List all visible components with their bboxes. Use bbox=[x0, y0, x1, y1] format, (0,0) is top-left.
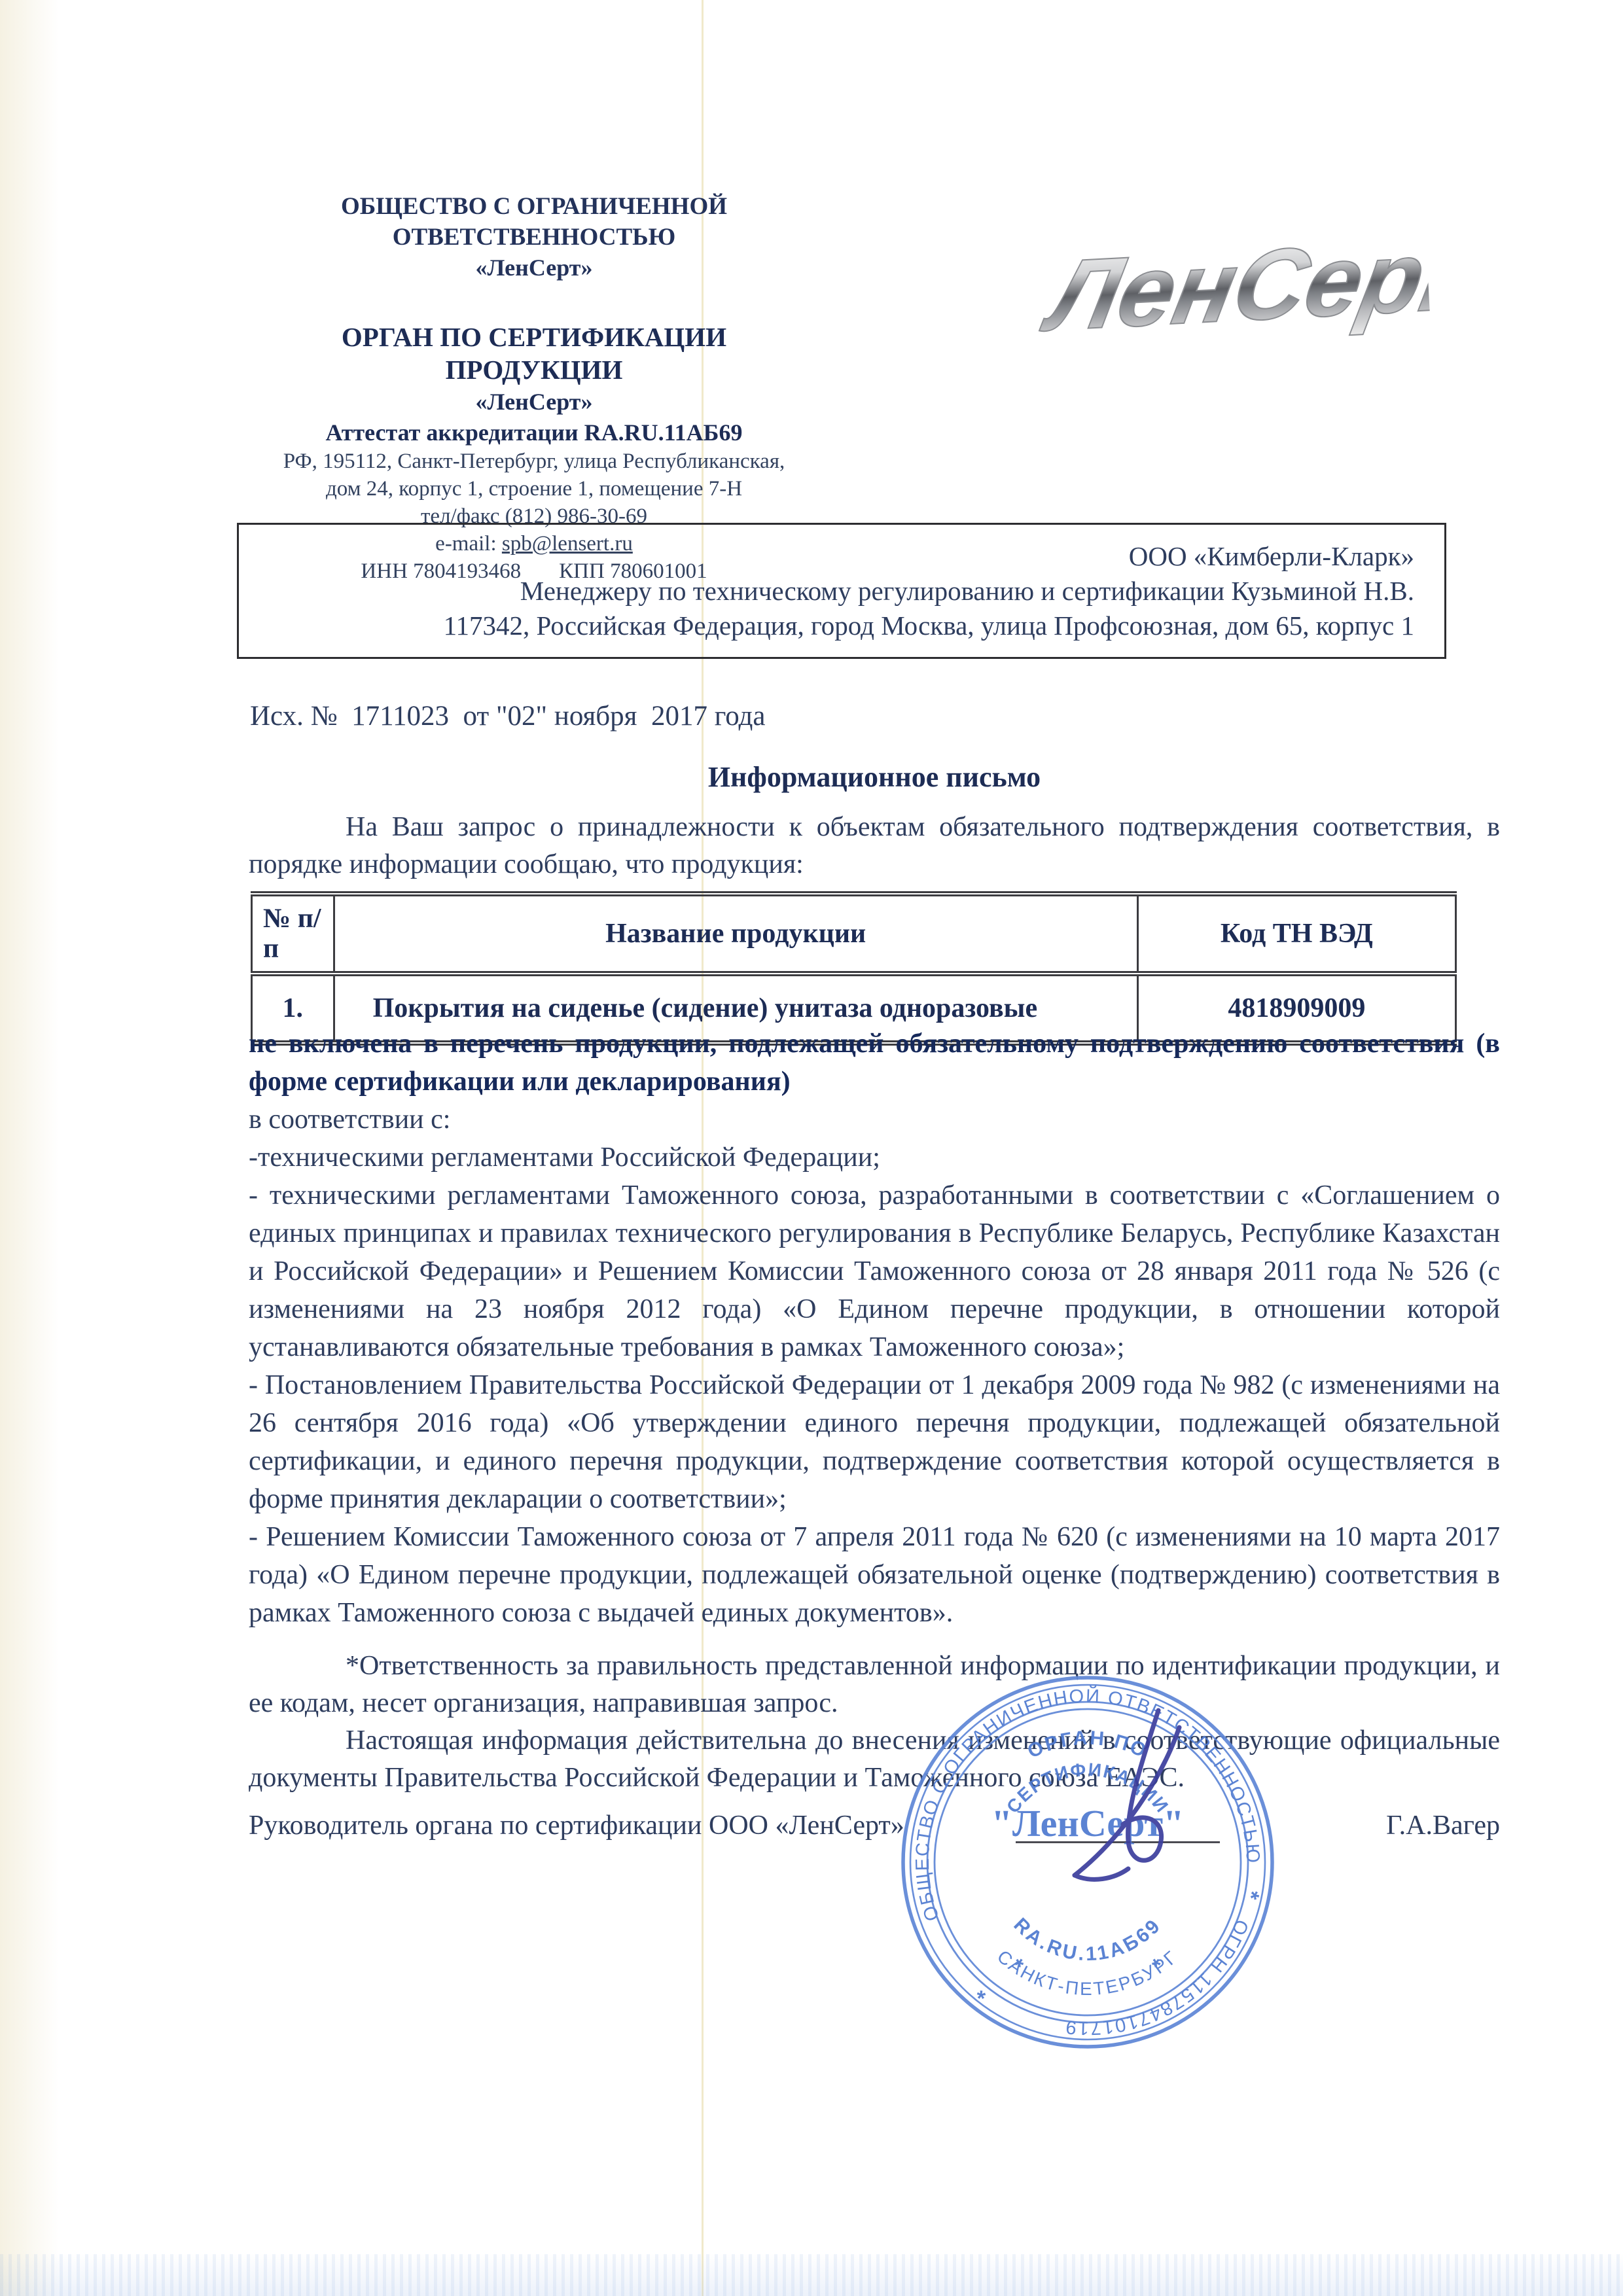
recipient-address-box: ООО «Кимберли-Кларк» Менеджеру по технич… bbox=[237, 523, 1446, 659]
stamp-graphic: ОБЩЕСТВО С ОГРАНИЧЕННОЙ ОТВЕТСТВЕННОСТЬЮ… bbox=[898, 1672, 1277, 2052]
lensert-logo: ЛенСерт bbox=[1030, 168, 1433, 398]
recipient-address: 117342, Российская Федерация, город Моск… bbox=[239, 609, 1414, 643]
responsibility-note: *Ответственность за правильность предста… bbox=[249, 1648, 1500, 1722]
validity-note: Настоящая информация действительна до вн… bbox=[249, 1722, 1500, 1797]
list-item-commission-decision: - Решением Комиссии Таможенного союза от… bbox=[249, 1518, 1500, 1632]
product-table: № п/п Название продукции Код ТН ВЭД 1. П… bbox=[251, 891, 1457, 1046]
table-header-row: № п/п Название продукции Код ТН ВЭД bbox=[252, 894, 1456, 974]
stamp-ring-star-1: * bbox=[1238, 1888, 1264, 1902]
intro-paragraph: На Ваш запрос о принадлежности к объекта… bbox=[249, 809, 1500, 883]
logo-text: ЛенСерт bbox=[1035, 215, 1433, 353]
org-name-line3: «ЛенСерт» bbox=[254, 253, 814, 283]
org-address-line1: РФ, 195112, Санкт-Петербург, улица Респу… bbox=[254, 448, 814, 475]
stamp-accreditation-code-arc: RA.RU.11АБ69 bbox=[1009, 1914, 1166, 1965]
org-cert-body-name: «ЛенСерт» bbox=[254, 386, 814, 417]
letter-title: Информационное письмо bbox=[249, 760, 1500, 794]
signatory-role: Руководитель органа по сертификации ООО … bbox=[249, 1810, 904, 1841]
svg-text:ОРГАН ПО: ОРГАН ПО bbox=[1024, 1727, 1151, 1763]
statements-block: не включена в перечень продукции, подлеж… bbox=[249, 1025, 1500, 1632]
scan-artifact-bottom-strip bbox=[0, 2254, 1623, 2296]
org-cert-body-title: ОРГАН ПО СЕРТИФИКАЦИИ ПРОДУКЦИИ bbox=[254, 321, 814, 386]
certification-body-stamp: ОБЩЕСТВО С ОГРАНИЧЕННОЙ ОТВЕТСТВЕННОСТЬЮ… bbox=[898, 1672, 1277, 2052]
list-item-government-decree: - Постановлением Правительства Российско… bbox=[249, 1366, 1500, 1518]
list-item-tech-reglaments-cu: - техническими регламентами Таможенного … bbox=[249, 1176, 1500, 1366]
bold-statement: не включена в перечень продукции, подлеж… bbox=[249, 1025, 1500, 1101]
org-name-line1: ОБЩЕСТВО С ОГРАНИЧЕННОЙ bbox=[254, 191, 814, 222]
stamp-organ-po-arc: ОРГАН ПО bbox=[1024, 1727, 1151, 1763]
lensert-logo-graphic: ЛенСерт bbox=[1030, 168, 1433, 398]
org-address-line2: дом 24, корпус 1, строение 1, помещение … bbox=[254, 475, 814, 503]
outgoing-ref-line: Исх. № 1711023 от "02" ноября 2017 года bbox=[250, 700, 766, 732]
recipient-company: ООО «Кимберли-Кларк» bbox=[239, 539, 1414, 574]
svg-text:RA.RU.11АБ69: RA.RU.11АБ69 bbox=[1009, 1914, 1166, 1965]
col-header-tnved-code: Код ТН ВЭД bbox=[1137, 894, 1455, 974]
accordance-line: в соответствии с: bbox=[249, 1101, 1500, 1139]
list-item-tech-reglaments-rf: -техническими регламентами Российской Фе… bbox=[249, 1139, 1500, 1176]
scanned-letter-page: ОБЩЕСТВО С ОГРАНИЧЕННОЙ ОТВЕТСТВЕННОСТЬЮ… bbox=[0, 0, 1623, 2296]
signatory-name: Г.А.Вагер bbox=[1386, 1810, 1500, 1841]
recipient-attention: Менеджеру по техническому регулированию … bbox=[239, 574, 1414, 609]
org-accreditation: Аттестат аккредитации RA.RU.11АБ69 bbox=[254, 417, 814, 448]
col-header-product-name: Название продукции bbox=[334, 894, 1137, 974]
signature-row: Руководитель органа по сертификации ООО … bbox=[249, 1810, 1500, 1841]
notes-block: *Ответственность за правильность предста… bbox=[249, 1648, 1500, 1797]
col-header-number: № п/п bbox=[252, 894, 334, 974]
org-name-line2: ОТВЕТСТВЕННОСТЬЮ bbox=[254, 222, 814, 253]
svg-text:*: * bbox=[1238, 1888, 1264, 1902]
